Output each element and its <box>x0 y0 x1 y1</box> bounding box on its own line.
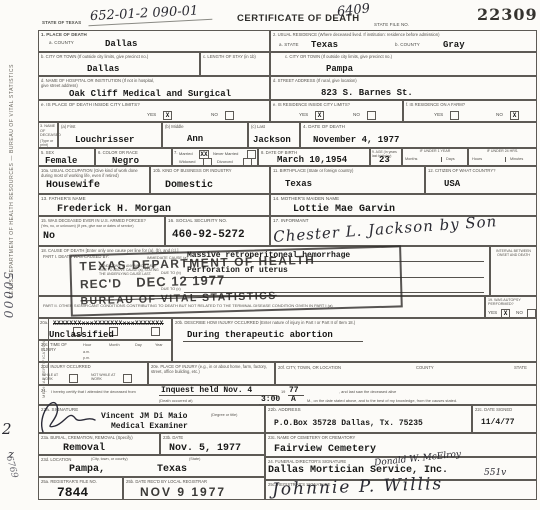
field-autopsy: 19. WAS AUTOPSY PERFORMED? YES X NO <box>485 296 537 318</box>
ssn-label: 16. SOCIAL SECURITY NO. <box>166 217 269 225</box>
field-place-of-death: 1. PLACE OF DEATH a. COUNTY Dallas <box>38 30 270 52</box>
funeral-director-note: 551v <box>484 468 506 478</box>
field-last-name: (c) Last Jackson <box>248 122 300 148</box>
handwritten-aux-number: 6409 <box>336 1 370 19</box>
place-limits-no-checkbox <box>225 111 234 120</box>
residence-city-value: Pampa <box>326 64 353 74</box>
location-label: 23d. LOCATION <box>41 457 71 462</box>
margin-scribble-bottom: 6769 <box>4 455 20 480</box>
race-value: Negro <box>112 156 139 166</box>
state-file-number: 22309 <box>477 5 538 24</box>
certify-year-prefix: 19 <box>281 390 285 395</box>
handwritten-certificate-number: 652-01-2 090-01 <box>88 3 213 26</box>
residence-county-label: b. COUNTY <box>393 41 422 49</box>
certify-year-value: 77 <box>289 386 299 395</box>
field-examiner-address: 22b. ADDRESS P.O.Box 35728 Dallas, Tx. 7… <box>265 405 472 433</box>
residence-state-value: Texas <box>311 40 338 50</box>
field-occupation: 10a. USUAL OCCUPATION (Give kind of work… <box>38 166 150 194</box>
birthplace-value: Texas <box>285 179 312 189</box>
place-county-value: Dallas <box>105 39 137 49</box>
residence-farm-no-label: NO <box>496 112 503 117</box>
name-sublabel: (Type or print) <box>39 139 57 148</box>
residence-section-label: 2. USUAL RESIDENCE (Where deceased lived… <box>271 31 536 38</box>
race-label: 6. COLOR OR RACE <box>96 149 171 156</box>
field-ssn: 16. SOCIAL SECURITY NO. 460-92-5272 <box>165 216 270 246</box>
field-age: 9. AGE (In years last birthday) 23 <box>370 148 402 166</box>
certify-text3: M., on the date stated above, and to the… <box>307 399 457 404</box>
hospital-value: Oak Cliff Medical and Surgical <box>69 89 231 99</box>
place-city-value: Dallas <box>87 64 119 74</box>
field-middle-name: (b) Middle Ann <box>162 122 248 148</box>
forces-sublabel: (Yes, no, or unknown) (If yes, give war … <box>39 224 164 228</box>
field-marital-status: 7. Married XX Never Married Widowed Divo… <box>172 148 258 166</box>
mother-label: 14. MOTHER'S MAIDEN NAME <box>271 195 536 203</box>
place-limits-no-label: NO <box>211 112 218 117</box>
burial-value: Removal <box>63 443 105 454</box>
burial-date-label: 23b. DATE <box>161 434 264 441</box>
injury-county-label: COUNTY <box>416 365 434 370</box>
field-burial-type: 23a. BURIAL, CREMATION, REMOVAL (Specify… <box>38 433 160 455</box>
sex-label: 5. SEX <box>39 149 94 156</box>
field-date-signed: 22c. DATE SIGNED 11/4/77 <box>472 405 537 433</box>
injury-occurred-label: 20d. INJURY OCCURRED <box>39 363 147 370</box>
divorced-label: Divorced <box>217 159 233 164</box>
medical-certification-vertical-label: MEDICAL CERTIFICATION <box>41 341 46 398</box>
occupation-label: 10a. USUAL OCCUPATION (Give kind of work… <box>39 167 149 179</box>
birthplace-label: 11. BIRTHPLACE (State or foreign country… <box>271 167 424 174</box>
certify-death-at-label: (Death occurred at) <box>159 399 193 404</box>
field-certification-statement: 21. I hereby certify that I attended the… <box>38 385 537 405</box>
months-label: Months <box>405 157 417 162</box>
field-injury-occurred: 20d. INJURY OCCURRED WHILE AT WORK NOT W… <box>38 362 148 385</box>
place-limits-label: e. IS PLACE OF DEATH INSIDE CITY LIMITS? <box>39 101 269 109</box>
injury-classification-value: Unclassified <box>49 330 114 340</box>
field-birthplace: 11. BIRTHPLACE (State or foreign country… <box>270 166 425 194</box>
field-industry: 10b. KIND OF BUSINESS OR INDUSTRY Domest… <box>150 166 270 194</box>
under1-label: IF UNDER 1 YEAR <box>403 149 467 153</box>
autopsy-no-label: NO <box>516 310 523 315</box>
middle-name-label: (b) Middle <box>163 123 247 130</box>
ssn-value: 460-92-5272 <box>172 229 245 241</box>
date-signed-label: 22c. DATE SIGNED <box>473 406 536 413</box>
field-under-one-year: IF UNDER 1 YEAR Months Days <box>402 148 468 166</box>
place-section-label: 1. PLACE OF DEATH <box>39 31 269 39</box>
place-limits-yes-label: YES <box>147 112 156 117</box>
citizen-value: USA <box>444 179 460 189</box>
medical-examiner-signature-script <box>35 396 105 436</box>
father-value: Frederick H. Morgan <box>57 204 171 215</box>
hours-label: Hours <box>472 157 482 162</box>
field-residence-city: c. CITY OR TOWN (If outside city limits,… <box>270 52 537 76</box>
age-value: 23 <box>379 155 390 165</box>
date-of-death-value: November 4, 1977 <box>313 135 399 145</box>
days-label: Days <box>441 157 455 162</box>
residence-limits-no-checkbox <box>367 111 376 120</box>
describe-injury-label: 20b. DESCRIBE HOW INJURY OCCURRED (Enter… <box>173 319 536 326</box>
hour-label: Hour <box>83 343 91 348</box>
father-label: 13. FATHER'S NAME <box>39 195 269 203</box>
residence-limits-yes-label: YES <box>299 112 308 117</box>
marital-label: 7. <box>174 150 178 155</box>
examiner-address-value: P.O.Box 35728 Dallas, Tx. 75235 <box>274 419 423 428</box>
occupation-value: Housewife <box>46 180 100 191</box>
mother-value: Lottie Mae Garvin <box>293 204 395 215</box>
field-usual-residence: 2. USUAL RESIDENCE (Where deceased lived… <box>270 30 537 52</box>
certify-time-value: 3:00 <box>261 395 280 404</box>
cemetery-value: Fairview Cemetery <box>274 444 376 455</box>
residence-farm-no-checkbox: X <box>510 111 519 120</box>
date-received-stamp: NOV 9 1977 <box>140 485 226 499</box>
certify-text2: , and last saw the deceased alive <box>339 390 396 395</box>
month-label: Month <box>109 343 120 348</box>
location-sub1: (City, town, or county) <box>91 457 128 462</box>
place-limits-yes-checkbox: X <box>163 111 172 120</box>
pm-label: p.m. <box>83 356 90 360</box>
place-county-label: a. COUNTY <box>47 39 76 47</box>
field-burial-date: 23b. DATE Nov. 5, 1977 <box>160 433 265 455</box>
location-sub2: (State) <box>189 457 200 462</box>
day-label: Day <box>135 343 142 348</box>
citizen-label: 12. CITIZEN OF WHAT COUNTRY? <box>426 167 536 174</box>
autopsy-no-checkbox <box>527 309 536 318</box>
field-street-address: d. STREET ADDRESS (If rural, give locati… <box>270 76 537 100</box>
field-registrar-signature: 25c. REGISTRAR'S SIGNATURE Johnnie P. Wi… <box>265 480 537 500</box>
residence-farm-yes-label: YES <box>434 112 443 117</box>
field-burial-location: 23d. LOCATION (City, town, or county) (S… <box>38 455 265 477</box>
field-citizen: 12. CITIZEN OF WHAT COUNTRY? USA <box>425 166 537 194</box>
field-father-name: 13. FATHER'S NAME Frederick H. Morgan <box>38 194 270 216</box>
not-while-at-work-label: NOT WHILE AT WORK <box>91 373 119 381</box>
residence-limits-no-label: NO <box>353 112 360 117</box>
funeral-director-label: 24. FUNERAL DIRECTOR'S SIGNATURE <box>268 459 346 464</box>
field-registrar-file-no: 25a. REGISTRAR'S FILE NO. 7844 <box>38 477 123 500</box>
date-signed-value: 11/4/77 <box>481 418 515 427</box>
burial-date-value: Nov. 5, 1977 <box>169 443 241 454</box>
widowed-label: Widowed <box>179 159 195 164</box>
residence-county-value: Gray <box>443 40 465 50</box>
street-value: 823 S. Barnes St. <box>321 88 413 98</box>
field-residence-farm: f. IS RESIDENCE ON A FARM? YES NO X <box>403 100 537 122</box>
interval-label: INTERVAL BETWEEN ONSET AND DEATH <box>491 247 536 257</box>
field-date-of-birth: 8. DATE OF BIRTH March 10,1954 <box>258 148 370 166</box>
field-place-city: b. CITY OR TOWN (If outside city limits,… <box>38 52 200 76</box>
certify-ampm-value: A <box>291 395 296 404</box>
field-armed-forces: 15. WAS DECEASED EVER IN U.S. ARMED FORC… <box>38 216 165 246</box>
field-examiner-signature: 22a. SIGNATURE Vincent JM Di Maio (Degre… <box>38 405 265 433</box>
place-of-injury-label: 20e. PLACE OF INJURY (e.g., in or about … <box>149 363 274 375</box>
field-interval-onset-death: INTERVAL BETWEEN ONSET AND DEATH <box>490 246 537 296</box>
autopsy-yes-checkbox: X <box>501 309 510 318</box>
under24-label: IF UNDER 24 HRS. <box>469 149 536 153</box>
never-married-label: Never Married <box>213 151 238 156</box>
field-hospital: d. NAME OF HOSPITAL OR INSTITUTION (If n… <box>38 76 270 100</box>
injury-state-label: STATE <box>514 365 527 370</box>
margin-scribble-zeros: 50000 <box>1 272 15 320</box>
registrar-file-label: 25a. REGISTRAR'S FILE NO. <box>39 478 122 485</box>
minutes-label: Minutes <box>505 157 523 162</box>
sex-value: Female <box>45 156 77 166</box>
state-file-no-label: STATE FILE NO. <box>372 21 411 29</box>
field-describe-injury: 20b. DESCRIBE HOW INJURY OCCURRED (Enter… <box>172 318 537 362</box>
autopsy-label: 19. WAS AUTOPSY PERFORMED? <box>486 297 536 308</box>
degree-title-label: (Degree or title) <box>211 413 237 418</box>
forces-label: 15. WAS DECEASED EVER IN U.S. ARMED FORC… <box>39 217 164 224</box>
last-name-value: Jackson <box>253 135 291 145</box>
forces-value: No <box>43 231 55 242</box>
examiner-degree-value: Medical Examiner <box>111 422 188 431</box>
field-informant: 17. INFORMANT Chester L. Jackson by Son <box>270 216 537 246</box>
industry-label: 10b. KIND OF BUSINESS OR INDUSTRY <box>151 167 269 174</box>
field-residence-city-limits: e. IS RESIDENCE INSIDE CITY LIMITS? YES … <box>270 100 403 122</box>
residence-farm-yes-checkbox <box>450 111 459 120</box>
field-cemetery: 23c. NAME OF CEMETERY OR CREMATORY Fairv… <box>265 433 537 457</box>
first-name-value: Louchrisser <box>75 135 134 145</box>
location-state-value: Texas <box>157 464 187 475</box>
field-injury-classification: 20a. XXXXXXXxxxXXXXXXXxxxXXXXXXX Unclass… <box>38 318 172 340</box>
residence-farm-label: f. IS RESIDENCE ON A FARM? <box>404 101 536 108</box>
length-of-stay-label: c. LENGTH OF STAY (in 1b) <box>201 53 269 60</box>
registrar-file-value: 7844 <box>57 485 88 500</box>
stamp-recd-date: DEC 12 1977 <box>136 272 225 289</box>
middle-name-value: Ann <box>187 134 203 144</box>
place-city-label: b. CITY OR TOWN (If outside city limits,… <box>39 53 199 60</box>
field-first-name: (a) First Louchrisser <box>58 122 162 148</box>
field-mother-name: 14. MOTHER'S MAIDEN NAME Lottie Mae Garv… <box>270 194 537 216</box>
certify-attended-value: Inquest held Nov. 4 <box>161 386 252 395</box>
injury-city-label: 20f. CITY, TOWN, OR LOCATION <box>278 365 341 370</box>
location-city-value: Pampa, <box>69 464 105 475</box>
date-of-death-label: 4. DATE OF DEATH <box>301 123 536 131</box>
industry-value: Domestic <box>165 180 213 191</box>
field-race: 6. COLOR OR RACE Negro <box>95 148 172 166</box>
field-sex: 5. SEX Female <box>38 148 95 166</box>
margin-vertical-agency-text: TEXAS DEPARTMENT OF HEALTH RESOURCES — B… <box>9 64 15 298</box>
am-label: a.m. <box>83 350 90 354</box>
examiner-typed-name: Vincent JM Di Maio <box>101 412 187 421</box>
stamp-recd-label: REC'D <box>80 276 122 291</box>
state-of-texas-label: STATE OF TEXAS <box>40 19 83 27</box>
street-label: d. STREET ADDRESS (If rural, give locati… <box>271 77 536 84</box>
residence-city-label: c. CITY OR TOWN (If outside city limits,… <box>271 53 536 60</box>
injury-crossed-options: XXXXXXXxxxXXXXXXXxxxXXXXXXX <box>53 320 164 327</box>
margin-scribble-two: 2 <box>2 420 12 438</box>
field-time-of-injury: 20c. TIME OF INJURY Hour a.m. p.m. Month… <box>38 340 172 362</box>
field-date-of-death: 4. DATE OF DEATH November 4, 1977 <box>300 122 537 148</box>
date-received-label: 25b. DATE REC'D BY LOCAL REGISTRAR <box>124 478 264 485</box>
first-name-label: (a) First <box>59 123 161 130</box>
field-length-of-stay: c. LENGTH OF STAY (in 1b) <box>200 52 270 76</box>
hospital-label: d. NAME OF HOSPITAL OR INSTITUTION (If n… <box>39 77 163 89</box>
residence-limits-yes-checkbox: X <box>315 111 324 120</box>
field-name-of-deceased-label-cell: 3. NAME OF DECEASED (Type or print) <box>38 122 58 148</box>
received-stamp: TEXAS DEPARTMENT OF HEALTH REC'D DEC 12 … <box>69 245 403 316</box>
certify-text1: I hereby certify that I attended the dec… <box>51 390 136 395</box>
residence-state-label: a. STATE <box>277 41 301 49</box>
cemetery-label: 23c. NAME OF CEMETERY OR CREMATORY <box>266 434 536 441</box>
year-label: Year <box>155 343 163 348</box>
death-certificate-document: TEXAS DEPARTMENT OF HEALTH RESOURCES — B… <box>0 0 540 510</box>
field-place-of-injury: 20e. PLACE OF INJURY (e.g., in or about … <box>148 362 275 385</box>
name-label: 3. NAME OF DECEASED <box>39 123 57 139</box>
field-injury-location: 20f. CITY, TOWN, OR LOCATION COUNTY STAT… <box>275 362 537 385</box>
dob-value: March 10,1954 <box>277 155 347 165</box>
field-place-city-limits: e. IS PLACE OF DEATH INSIDE CITY LIMITS?… <box>38 100 270 122</box>
field-date-received: 25b. DATE REC'D BY LOCAL REGISTRAR NOV 9… <box>123 477 265 500</box>
describe-injury-value: During therapeutic abortion <box>187 330 333 340</box>
field-under-24-hours: IF UNDER 24 HRS. Hours Minutes <box>468 148 537 166</box>
residence-limits-label: e. IS RESIDENCE INSIDE CITY LIMITS? <box>271 101 402 108</box>
married-label: Married <box>179 151 193 156</box>
autopsy-yes-label: YES <box>488 310 497 315</box>
last-name-label: (c) Last <box>249 123 299 130</box>
examiner-address-label: 22b. ADDRESS <box>266 406 471 414</box>
